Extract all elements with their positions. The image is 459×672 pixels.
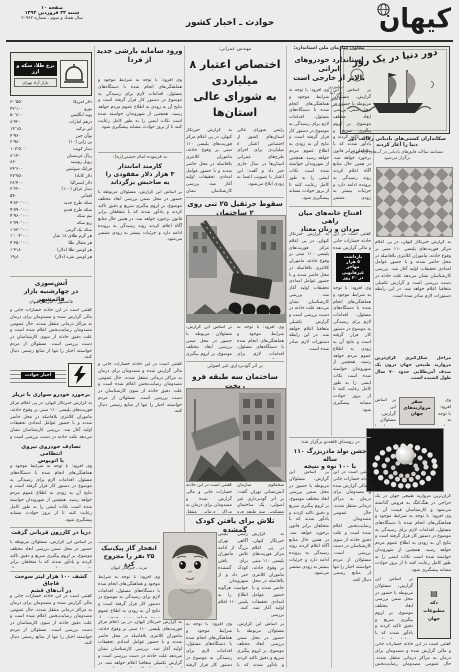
accidents-title: اخبار حوادث [21,372,55,379]
body-text: وی افزود: با توجه به شرایط موجود و هماهن… [186,622,232,668]
pearls-photo [366,428,444,492]
explosion-headline: انفجار گاز پیک‌نیک ۲۵ نفر را مجروح کرد [98,545,160,568]
body-text: بر اساس این گزارش، مسئولان مربوطه با حضو… [375,577,413,639]
clerk-headline-line1: کارمند امانتدار [98,163,182,171]
clerk-headline-line3: به صاحبش برگرداند [98,179,182,187]
collapsed-building-illustration [187,389,285,481]
section-rule [10,527,92,528]
section-rule [10,276,92,277]
halfway-headline: افتتاح خانه‌های میان راهی مردان و زنان م… [289,209,371,233]
body-text: بر اساس این گزارش، مسئولان مربوطه با حضو… [333,88,371,204]
dome-icon [60,60,88,88]
section-rule [289,206,371,207]
pearls-illustration [367,429,443,491]
pearl-heading-box: سفر مرواریدهای جهان [399,397,435,425]
mosaic-photo [376,167,453,237]
fuel-headline: کشف ۱۰۰ هزار لیتر سوخت قاچاق در آب‌های ق… [10,574,92,594]
baby-photo [163,532,217,620]
building-lead: سخنگوی سازمان آتش‌نشانی تهران گفت: بر اث… [237,483,284,513]
standard-headline: استاندارد خودروهای ایرانی بالاتر از خارج… [287,56,371,82]
globe-icon [377,3,390,16]
building-kicker: بر اثر گودبرداری غیر اصولی [186,364,284,370]
body-text: بر اساس این گزارش، مسئولان مربوطه با حضو… [10,540,92,568]
crane-illustration [187,216,285,322]
body-text: بر اساس این گزارش، مسئولان مربوطه با حضو… [289,470,329,666]
main-headline-line1: اختصاص اعتبار ۸ میلیاردی [186,57,284,89]
accidents-title-bar: اخبار حوادث [10,367,66,383]
rain-headline-line1: ورود سامانه بارشی جدید [96,47,183,56]
section-rule [98,152,182,153]
body-text: وی افزود: با توجه به شرایط موجود و هماهن… [375,514,451,572]
body-text: به گزارش خبرنگار کیهان، در پی اعلام مرکز… [10,401,92,441]
section-rule [186,514,284,515]
body-text: بر اساس این گزارش، مسئولان مربوطه با حضو… [237,622,284,668]
page-issue: سال هفتاد و سوم ـ شماره ۲۰۹۶۲ [10,16,94,21]
prices-box-subtitle: بازار آزاد تهران [14,78,57,87]
body-text: به گزارش خبرنگار کیهان، در پی اعلام مرکز… [98,620,182,668]
accident-headline-2-line1: تصادف خودروی نیروی انتظامی [10,444,92,458]
newspaper-icon: ▤ [430,589,438,598]
newspaper-page: کیهان حوادث ـ اخبار کشور صفحه ۱۰ شنبه ۲۳… [0,0,459,672]
body-text: وی افزود: با توجه به شرایط موجود و هماهن… [289,88,329,204]
body-text: وی افزود: با توجه به شرایط موجود و هماهن… [98,78,182,150]
main-kicker: مهندس عمرانی: [186,47,284,53]
crane-photo [186,215,286,323]
body-text: به گزارش خبرنگار کیهان، در پی اعلام مرکز… [375,240,451,352]
prices-box-title: نرخ طلا، سکه و ارز [14,61,57,76]
rain-headline-line2: از فردا [96,56,183,65]
accident-headline-2: تصادف خودروی نیروی انتظامی با اتوبوس [10,444,92,464]
pearl-lead: مراحل شکل‌گیری گران‌ترین مروارید طبیعی ج… [375,356,451,394]
body-text: به گزارش خبرنگار کیهان، در پی اعلام مرکز… [186,128,232,194]
clerk-headline: کارمند امانتدار ۳ هزار دلار مفقودی را به… [98,163,182,186]
column-rule [331,470,332,668]
birthday-headline-line1: جشن تولد مادربزرگ ۱۱۰ ساله [289,448,371,463]
body-text: گفتنی است در این حادثه خسارات جانی و مال… [333,470,371,666]
section-rule [289,437,371,438]
body-text: به گزارش خبرنگار کیهان، در پی اعلام مرکز… [289,232,329,436]
clerk-kicker: به فرموده امام خمینی(ره): [98,155,182,161]
explosion-kicker: مرند ـ خبرنگار کیهان [98,566,160,571]
column-rule [331,232,332,436]
clerk-headline-line2: ۳ هزار دلار مفقودی را [98,171,182,179]
body-text: گفتنی است در این حادثه خسارات جانی و مال… [10,594,92,668]
explosion-headline-line1: انفجار گاز پیک‌نیک [98,545,160,553]
body-text: وی افزود: با توجه به شرایط موجود و هماهن… [438,398,451,426]
pearl-caption: گران‌ترین مروارید طبیعی جهان در یک حراجی… [375,494,451,512]
kiosk-box: ▤ دکهمطبوعاتجهان [417,577,451,639]
halfway-headline-line1: افتتاح خانه‌های میان راهی [289,209,371,225]
section-title: حوادث ـ اخبار کشور [150,18,310,29]
standard-headline-line2: بالاتر از خارجی است [287,74,371,83]
section-rule [186,197,284,198]
body-text: گفتنی است در این حادثه خسارات جانی و مال… [186,483,232,513]
section-rule [10,571,92,572]
baby-illustration [164,533,216,619]
accident-headline-1: برخورد خودرو سواری با تریلر [10,392,92,399]
body-text: وی افزود: با توجه به شرایط موجود و هماهن… [98,575,160,618]
sea-headline: دریا در کازرون قربانی گرفت [10,530,92,537]
section-rule [98,542,160,543]
child-lead: رئیس پلیس آگاهی تهران بزرگ از ادامه تلاش… [218,532,248,620]
collapsed-building-photo [186,388,286,482]
birthday-headline: جشن تولد مادربزرگ ۱۱۰ ساله با ۱۰۰ نوه و … [289,448,371,471]
body-text: بر اساس این گزارش، مسئولان مربوطه با حضو… [375,398,396,426]
section-rule [186,361,284,362]
fuel-headline-line1: کشف ۱۰۰ هزار لیتر سوخت قاچاق [10,574,92,588]
column-rule [94,46,95,668]
birthday-kicker: در روستای قلعه‌نو برگزار شد: [289,440,371,446]
body-text: بر اساس این گزارش، مسئولان مربوطه با حضو… [186,325,232,359]
lightning-icon [68,363,92,387]
header-rule [6,40,453,42]
standard-headline-line1: استاندارد خودروهای ایرانی [287,56,371,74]
body-text: گفتنی است در این حادثه خسارات جانی و مال… [333,232,371,250]
column-rule [286,46,287,668]
body-text: وی افزود: با توجه به شرایط موجود و هماهن… [333,286,371,436]
accidents-box-header: اخبار حوادث [10,363,92,387]
kiosk-box-lines: دکهمطبوعاتجهان [418,600,450,623]
main-headline-line2: به شورای عالی استان‌ها [186,89,284,121]
page-info: صفحه ۱۰ شنبه ۲۳ فروردین ۱۳۹۳ سال هفتاد و… [10,6,94,21]
body-text: گفتنی است در این حادثه خسارات جانی و مال… [375,642,451,666]
main-headline: اختصاص اعتبار ۸ میلیاردی به شورای عالی ا… [186,57,284,121]
body-text: گفتنی است در این حادثه خسارات جانی و مال… [98,362,182,530]
price-list: دلار آمریکا۳۰٬۵۵۰یورو۴۲٬۱۰۰پوند انگلیس۵۰… [10,100,92,272]
black-stat-box: بازداشت۵ هزارمهاجرغیرقانونیدر ۳۰ روز [336,253,370,282]
fire-headline-line1: آتش‌سوزی [10,280,92,288]
body-text: وی افزود: با توجه به شرایط موجود و هماهن… [10,464,92,524]
body-text: گفتنی است در این حادثه خسارات جانی و مال… [10,308,92,358]
body-text: وی افزود: با توجه به شرایط موجود و هماهن… [237,325,284,359]
main-lead: رئیس شورای عالی استان‌های کشور از اختصاص… [237,128,284,194]
body-text: بر اساس این گزارش، مسئولان مربوطه با حضو… [98,190,182,360]
standard-kicker: معاون سازمان ملی استاندارد: [287,46,371,52]
fire-kicker: قائمشهر ـ خبرنگار کیهان [10,300,92,305]
rain-headline: ورود سامانه بارشی جدید از فردا [96,47,183,65]
prices-box: نرخ طلا، سکه و ارز بازار آزاد تهران [10,52,92,96]
kayhan-logo: کیهان [379,4,451,33]
body-text: به گزارش خبرنگار کیهان، در پی اعلام مرکز… [252,532,284,620]
